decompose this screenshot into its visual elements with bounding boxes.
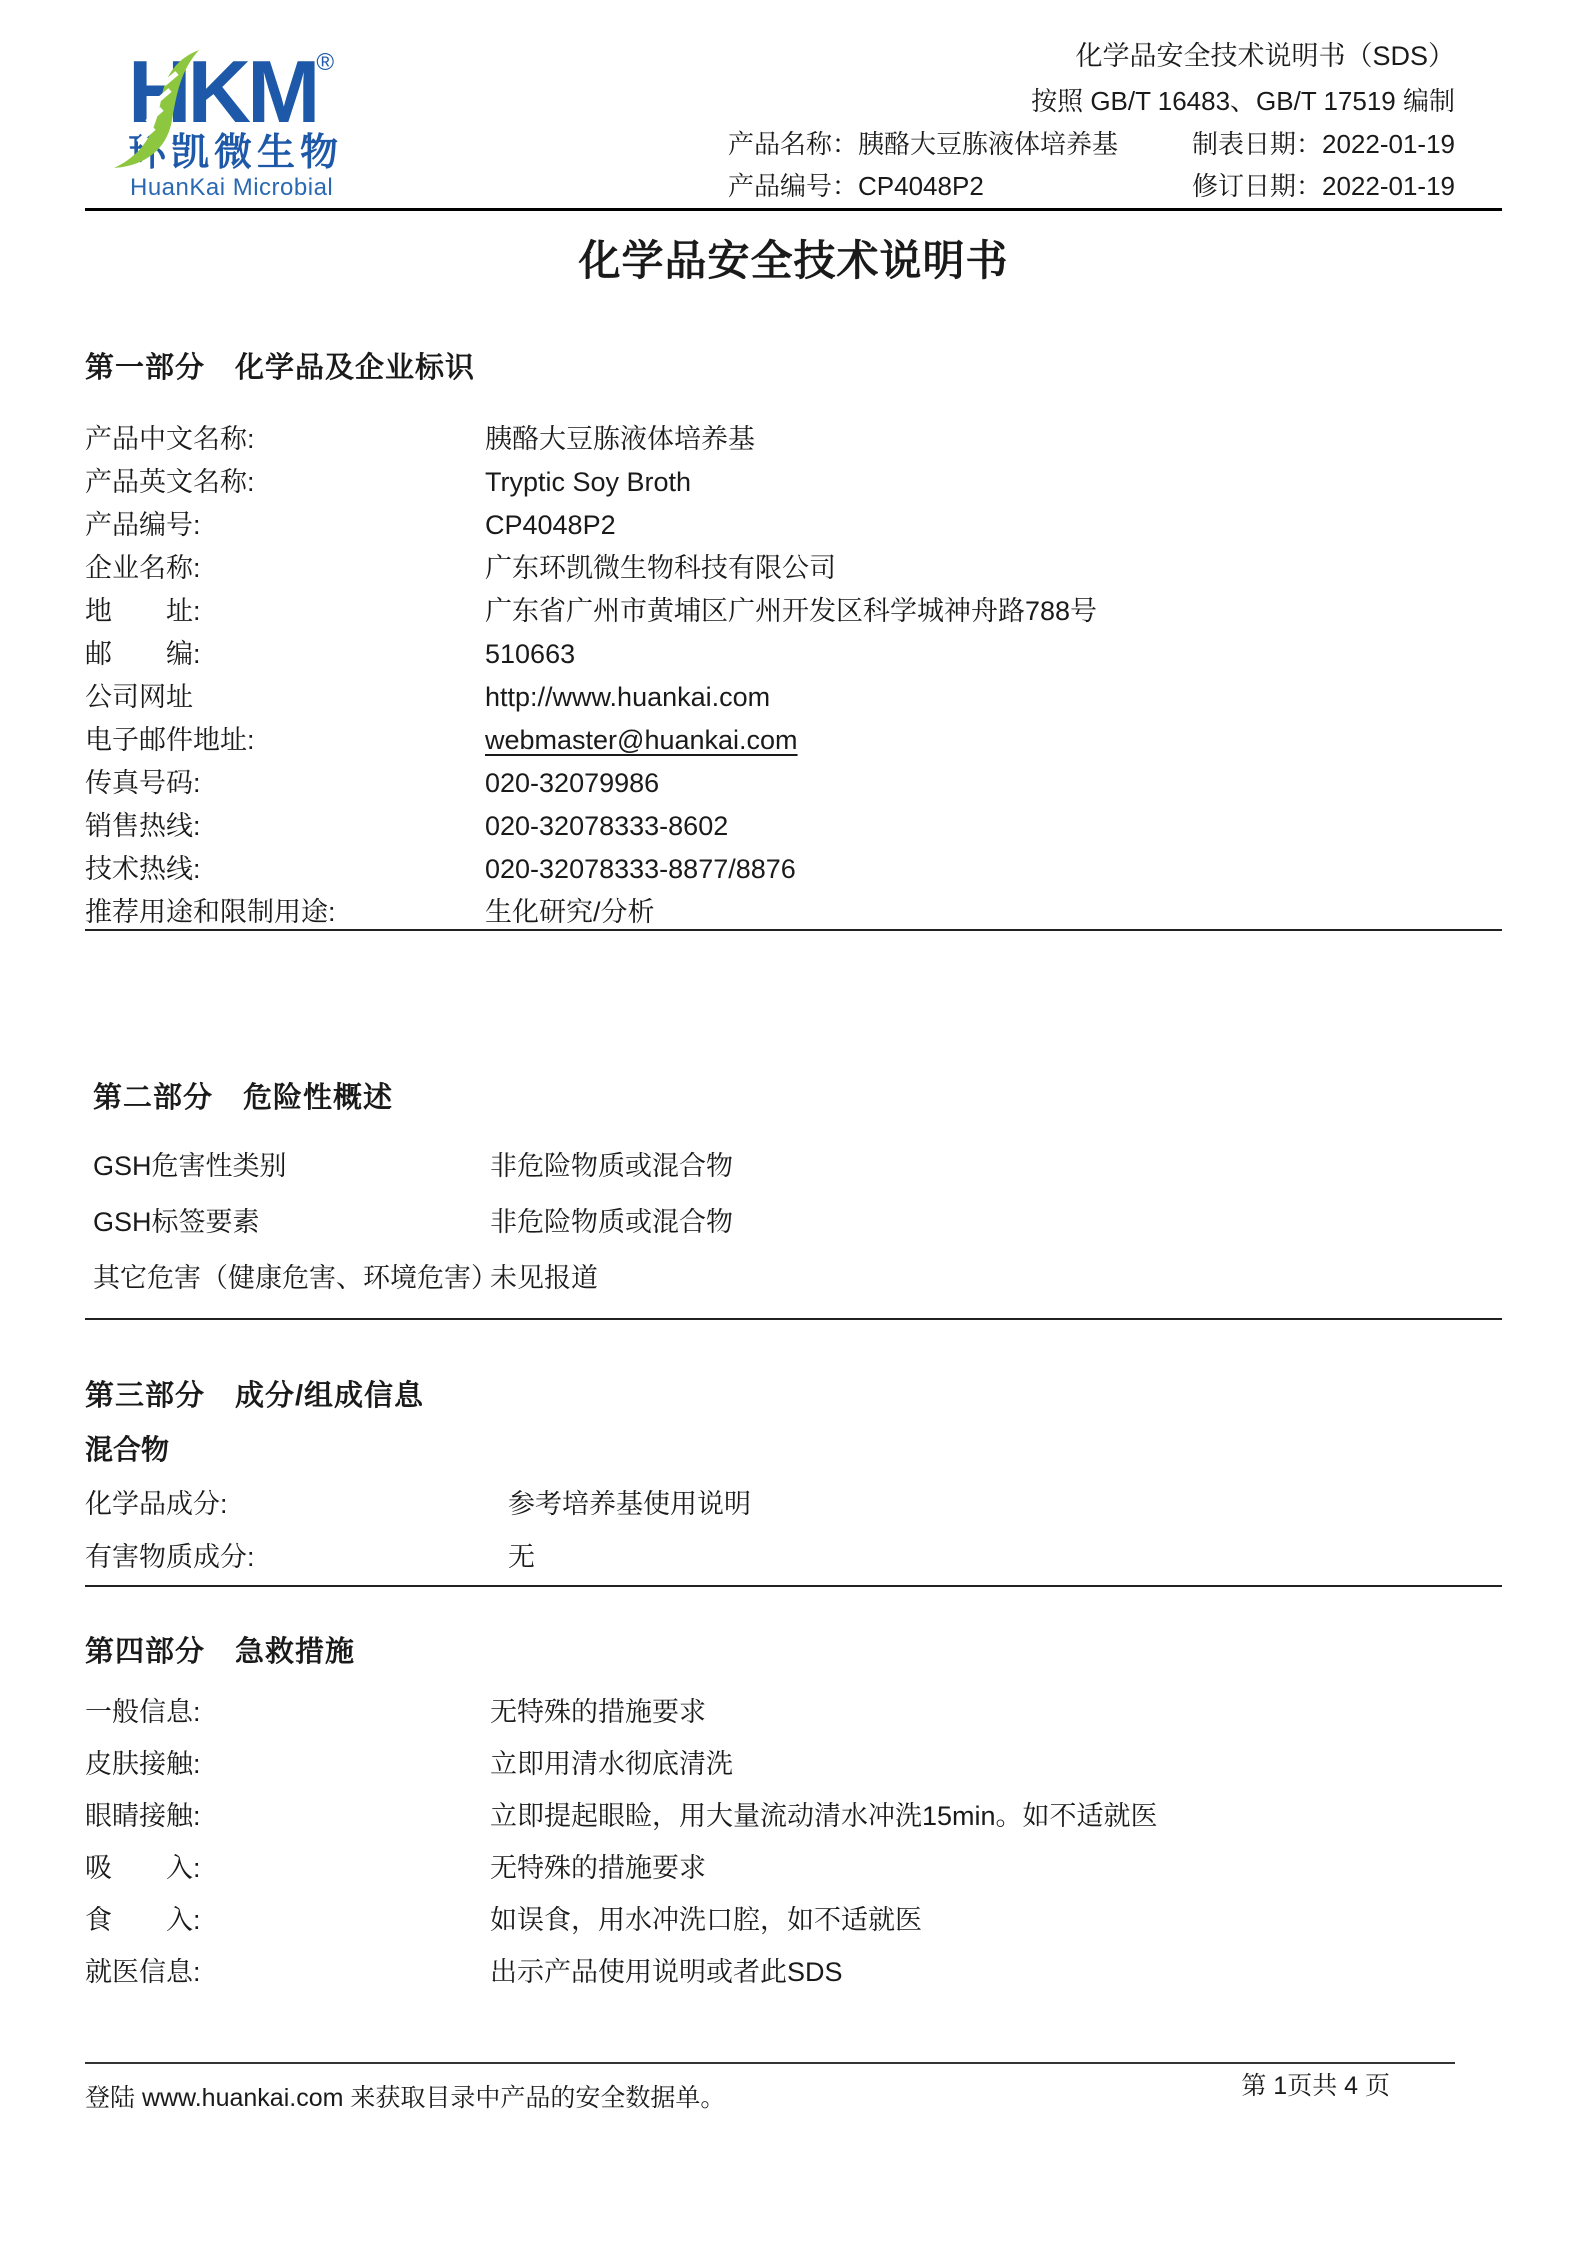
company-logo: HKM® 环凯微生物 HuanKai Microbial xyxy=(118,48,428,201)
field-value: 生化研究/分析 xyxy=(485,891,1502,934)
subsection-heading: 混合物 xyxy=(85,1430,1502,1470)
section-first-aid: 第四部分 急救措施 一般信息:无特殊的措施要求 皮肤接触:立即用清水彻底清洗 眼… xyxy=(85,1632,1502,1998)
field-value: 020-32078333-8877/8876 xyxy=(485,848,1502,891)
email-link[interactable]: webmaster@huankai.com xyxy=(485,719,1502,762)
field-value: 无特殊的措施要求 xyxy=(490,1686,1502,1738)
field-row: 产品编号:CP4048P2 xyxy=(85,504,1502,547)
section-divider xyxy=(85,1318,1502,1320)
footer-note: 登陆 www.huankai.com 来获取目录中产品的安全数据单。 xyxy=(85,2078,725,2114)
field-row: 一般信息:无特殊的措施要求 xyxy=(85,1686,1502,1738)
section-identification: 第一部分 化学品及企业标识 产品中文名称:胰酪大豆胨液体培养基 产品英文名称:T… xyxy=(85,348,1502,934)
section-heading: 第一部分 化学品及企业标识 xyxy=(85,348,1502,388)
field-value: 如误食，用水冲洗口腔，如不适就医 xyxy=(490,1894,1502,1946)
field-row: 技术热线:020-32078333-8877/8876 xyxy=(85,848,1502,891)
field-label: 邮 编: xyxy=(85,633,485,676)
section-divider xyxy=(85,929,1502,931)
field-row: 化学品成分:参考培养基使用说明 xyxy=(85,1478,1502,1531)
field-row: 公司网址http://www.huankai.com xyxy=(85,676,1502,719)
field-value: 出示产品使用说明或者此SDS xyxy=(490,1946,1502,1998)
field-row: 地 址:广东省广州市黄埔区广州开发区科学城神舟路788号 xyxy=(85,590,1502,633)
field-label: 推荐用途和限制用途: xyxy=(85,891,485,934)
field-label: 产品编号: xyxy=(85,504,485,547)
field-value: 胰酪大豆胨液体培养基 xyxy=(485,418,1502,461)
field-row: 产品中文名称:胰酪大豆胨液体培养基 xyxy=(85,418,1502,461)
product-code: 产品编号：CP4048P2 xyxy=(728,170,984,202)
field-row: 传真号码:020-32079986 xyxy=(85,762,1502,805)
field-row: 有害物质成分:无 xyxy=(85,1531,1502,1584)
field-label: 皮肤接触: xyxy=(85,1738,490,1790)
field-label: 眼睛接触: xyxy=(85,1790,490,1842)
field-row: 眼睛接触:立即提起眼睑，用大量流动清水冲洗15min。如不适就医 xyxy=(85,1790,1502,1842)
field-label: 其它危害（健康危害、环境危害） xyxy=(93,1250,490,1306)
field-label: 吸 入: xyxy=(85,1842,490,1894)
field-row: 食 入:如误食，用水冲洗口腔，如不适就医 xyxy=(85,1894,1502,1946)
field-value: 无特殊的措施要求 xyxy=(490,1842,1502,1894)
product-name: 产品名称：胰酪大豆胨液体培养基 xyxy=(728,128,1118,160)
field-value: 510663 xyxy=(485,633,1502,676)
field-label: 技术热线: xyxy=(85,848,485,891)
created-date: 制表日期：2022-01-19 xyxy=(1192,128,1455,160)
company-website-link[interactable]: http://www.huankai.com xyxy=(485,676,1502,719)
header-divider xyxy=(85,208,1502,211)
field-label: 一般信息: xyxy=(85,1686,490,1738)
header-standard-reference: 按照 GB/T 16483、GB/T 17519 编制 xyxy=(700,85,1455,117)
field-label: 地 址: xyxy=(85,590,485,633)
field-label: 就医信息: xyxy=(85,1946,490,1998)
document-title: 化学品安全技术说明书 xyxy=(0,228,1587,288)
field-value: 020-32079986 xyxy=(485,762,1502,805)
field-row: 产品英文名称:Tryptic Soy Broth xyxy=(85,461,1502,504)
field-row: 吸 入:无特殊的措施要求 xyxy=(85,1842,1502,1894)
footer-divider xyxy=(85,2062,1455,2064)
section-heading: 第三部分 成分/组成信息 xyxy=(85,1376,1502,1416)
revised-date: 修订日期：2022-01-19 xyxy=(1192,170,1455,202)
field-value: 无 xyxy=(508,1531,1502,1584)
section-divider xyxy=(85,1585,1502,1587)
header-row-product-name: 产品名称：胰酪大豆胨液体培养基 制表日期：2022-01-19 xyxy=(728,128,1455,160)
field-row: GSH危害性类别非危险物质或混合物 xyxy=(93,1138,1502,1194)
page-number: 第 1页共 4 页 xyxy=(1055,2066,1390,2102)
field-label: 企业名称: xyxy=(85,547,485,590)
field-label: GSH危害性类别 xyxy=(93,1138,490,1194)
field-label: 电子邮件地址: xyxy=(85,719,485,762)
field-row: 销售热线:020-32078333-8602 xyxy=(85,805,1502,848)
field-value: 未见报道 xyxy=(490,1250,1502,1306)
header-row-product-code: 产品编号：CP4048P2 修订日期：2022-01-19 xyxy=(728,170,1455,202)
section-composition: 第三部分 成分/组成信息 混合物 化学品成分:参考培养基使用说明 有害物质成分:… xyxy=(85,1376,1502,1584)
hkm-logo-mark: HKM® xyxy=(118,48,334,136)
field-value: CP4048P2 xyxy=(485,504,1502,547)
field-value: 广东环凯微生物科技有限公司 xyxy=(485,547,1502,590)
field-value: 020-32078333-8602 xyxy=(485,805,1502,848)
field-label: 化学品成分: xyxy=(85,1478,508,1531)
field-label: 产品英文名称: xyxy=(85,461,485,504)
field-value: 非危险物质或混合物 xyxy=(490,1138,1502,1194)
field-row: 推荐用途和限制用途:生化研究/分析 xyxy=(85,891,1502,934)
field-label: 产品中文名称: xyxy=(85,418,485,461)
logo-english-name: HuanKai Microbial xyxy=(118,174,428,201)
field-label: GSH标签要素 xyxy=(93,1194,490,1250)
field-label: 传真号码: xyxy=(85,762,485,805)
field-label: 公司网址 xyxy=(85,676,485,719)
field-value: 广东省广州市黄埔区广州开发区科学城神舟路788号 xyxy=(485,590,1502,633)
field-value: Tryptic Soy Broth xyxy=(485,461,1502,504)
field-value: 非危险物质或混合物 xyxy=(490,1194,1502,1250)
field-label: 销售热线: xyxy=(85,805,485,848)
field-row: 其它危害（健康危害、环境危害）未见报道 xyxy=(93,1250,1502,1306)
registered-trademark-icon: ® xyxy=(316,49,334,76)
section-heading: 第四部分 急救措施 xyxy=(85,1632,1502,1672)
field-row: 就医信息:出示产品使用说明或者此SDS xyxy=(85,1946,1502,1998)
sds-document-page: HKM® 环凯微生物 HuanKai Microbial 化学品安全技术说明书（… xyxy=(0,0,1587,2245)
field-row: 电子邮件地址:webmaster@huankai.com xyxy=(85,719,1502,762)
field-label: 食 入: xyxy=(85,1894,490,1946)
field-row: 皮肤接触:立即用清水彻底清洗 xyxy=(85,1738,1502,1790)
header-doc-type: 化学品安全技术说明书（SDS） xyxy=(700,40,1455,72)
field-value: 参考培养基使用说明 xyxy=(508,1478,1502,1531)
field-row: 邮 编:510663 xyxy=(85,633,1502,676)
section-hazards: 第二部分 危险性概述 GSH危害性类别非危险物质或混合物 GSH标签要素非危险物… xyxy=(93,1078,1502,1306)
field-label: 有害物质成分: xyxy=(85,1531,508,1584)
dna-leaf-icon xyxy=(104,46,224,176)
field-row: GSH标签要素非危险物质或混合物 xyxy=(93,1194,1502,1250)
field-value: 立即提起眼睑，用大量流动清水冲洗15min。如不适就医 xyxy=(490,1790,1502,1842)
field-value: 立即用清水彻底清洗 xyxy=(490,1738,1502,1790)
field-row: 企业名称:广东环凯微生物科技有限公司 xyxy=(85,547,1502,590)
section-heading: 第二部分 危险性概述 xyxy=(93,1078,1502,1118)
